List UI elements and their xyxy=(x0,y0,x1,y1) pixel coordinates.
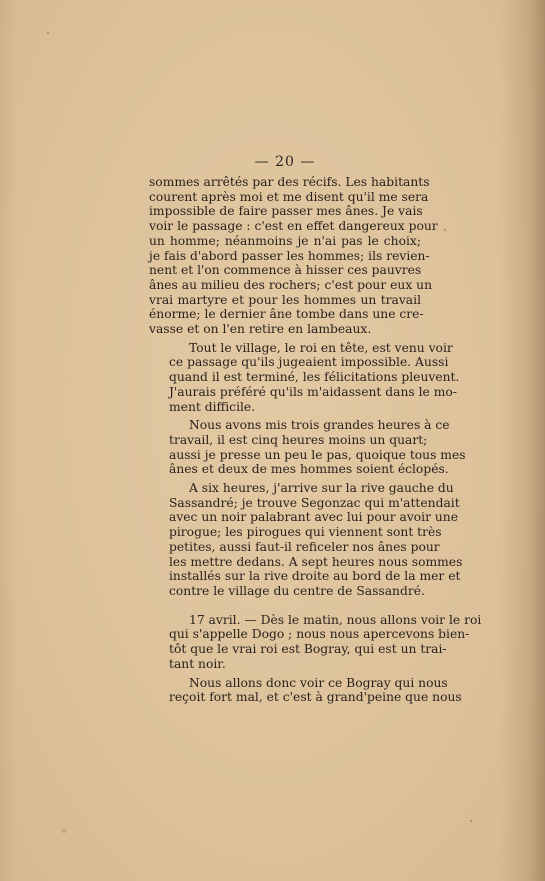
text-line: qui s'appelle Dogo ; nous nous apercevon… xyxy=(149,627,421,642)
paper-speck xyxy=(444,229,446,231)
text-line: ment difficile. xyxy=(149,400,421,415)
text-line: contre le village du centre de Sassandré… xyxy=(149,584,421,599)
text-line: énorme; le dernier âne tombe dans une cr… xyxy=(149,307,421,322)
paragraph: sommes arrêtés par des récifs. Les habit… xyxy=(149,175,421,337)
text-line: tant noir. xyxy=(149,657,421,672)
text-line: tôt que le vrai roi est Bogray, qui est … xyxy=(149,642,421,657)
text-line: vasse et on l'en retire en lambeaux. xyxy=(149,322,421,337)
paragraph: Nous avons mis trois grandes heures à ce… xyxy=(149,418,421,477)
text-line: Nous allons donc voir ce Bogray qui nous xyxy=(149,676,421,691)
paragraph: 17 avril. — Dès le matin, nous allons vo… xyxy=(149,613,421,672)
text-line: travail, il est cinq heures moins un qua… xyxy=(149,433,421,448)
paragraph: Nous allons donc voir ce Bogray qui nous… xyxy=(149,676,421,705)
text-line: ce passage qu'ils jugeaient impossible. … xyxy=(149,355,421,370)
text-line: les mettre dedans. A sept heures nous so… xyxy=(149,555,421,570)
paragraph: Tout le village, le roi en tête, est ven… xyxy=(149,341,421,415)
text-line: sommes arrêtés par des récifs. Les habit… xyxy=(149,175,421,190)
text-line: nent et l'on commence à hisser ces pauvr… xyxy=(149,263,421,278)
paper-speck xyxy=(47,32,49,34)
paragraph: A six heures, j'arrive sur la rive gauch… xyxy=(149,481,421,599)
text-line: installés sur la rive droite au bord de … xyxy=(149,569,421,584)
text-line: vrai martyre et pour les hommes un trava… xyxy=(149,293,421,308)
text-line: un homme; néanmoins je n'ai pas le choix… xyxy=(149,234,421,249)
paper-speck xyxy=(470,820,472,822)
text-line: aussi je presse un peu le pas, quoique t… xyxy=(149,448,421,463)
text-line: voir le passage : c'est en effet dangere… xyxy=(149,219,421,234)
paper-speck xyxy=(62,829,66,833)
text-line: A six heures, j'arrive sur la rive gauch… xyxy=(149,481,421,496)
text-line: ânes et deux de mes hommes soient éclopé… xyxy=(149,462,421,477)
text-line: Nous avons mis trois grandes heures à ce xyxy=(149,418,421,433)
book-page: — 20 — sommes arrêtés par des récifs. Le… xyxy=(0,0,545,881)
text-line: J'aurais préféré qu'ils m'aidassent dans… xyxy=(149,385,421,400)
text-line: pirogue; les pirogues qui viennent sont … xyxy=(149,525,421,540)
text-line: courent après moi et me disent qu'il me … xyxy=(149,190,421,205)
page-number: — 20 — xyxy=(149,154,421,170)
text-line: quand il est terminé, les félicitations … xyxy=(149,370,421,385)
text-line: reçoit fort mal, et c'est à grand'peine … xyxy=(149,690,421,705)
text-line: impossible de faire passer mes ânes. Je … xyxy=(149,204,421,219)
text-line: 17 avril. — Dès le matin, nous allons vo… xyxy=(149,613,421,628)
text-line: petites, aussi faut-il reficeler nos âne… xyxy=(149,540,421,555)
text-line: je fais d'abord passer les hommes; ils r… xyxy=(149,249,421,264)
body-text: sommes arrêtés par des récifs. Les habit… xyxy=(149,175,421,705)
text-line: avec un noir palabrant avec lui pour avo… xyxy=(149,510,421,525)
text-line: Tout le village, le roi en tête, est ven… xyxy=(149,341,421,356)
text-line: ânes au milieu des rochers; c'est pour e… xyxy=(149,278,421,293)
text-line: Sassandré; je trouve Segonzac qui m'atte… xyxy=(149,496,421,511)
